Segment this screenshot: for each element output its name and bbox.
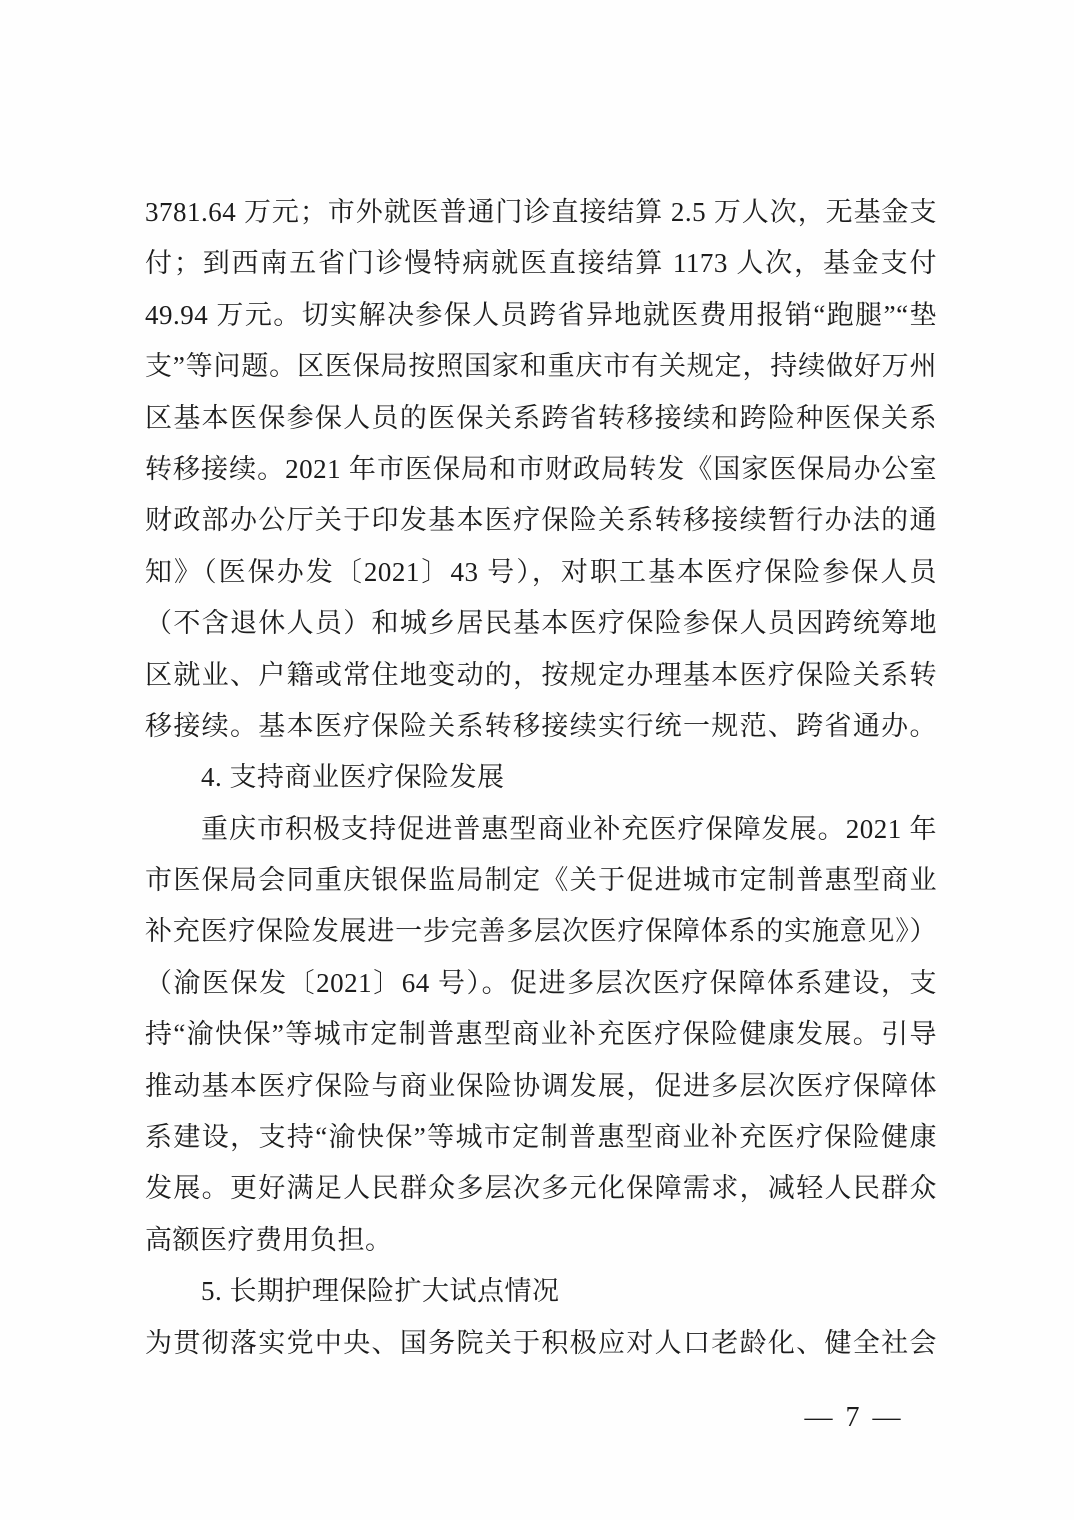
document-line: 市医保局会同重庆银保监局制定《关于促进城市定制普惠型商业	[145, 855, 937, 906]
document-line: （不含退休人员）和城乡居民基本医疗保险参保人员因跨统筹地	[145, 598, 937, 649]
page-number: — 7 —	[758, 1398, 950, 1438]
document-line: 支”等问题。区医保局按照国家和重庆市有关规定，持续做好万州	[145, 341, 937, 392]
document-line: 移接续。基本医疗保险关系转移接续实行统一规范、跨省通办。	[145, 701, 937, 752]
document-line: 区基本医保参保人员的医保关系跨省转移接续和跨险种医保关系	[145, 393, 937, 444]
document-line: 付；到西南五省门诊慢特病就医直接结算 1173 人次，基金支付	[145, 238, 937, 289]
document-line: 财政部办公厅关于印发基本医疗保险关系转移接续暂行办法的通	[145, 495, 937, 546]
document-line: 补充医疗保险发展进一步完善多层次医疗保障体系的实施意见》）	[145, 906, 937, 957]
document-line: 发展。更好满足人民群众多层次多元化保障需求，减轻人民群众	[145, 1163, 937, 1214]
document-line: 3781.64 万元；市外就医普通门诊直接结算 2.5 万人次，无基金支	[145, 187, 937, 238]
document-line: 49.94 万元。切实解决参保人员跨省异地就医费用报销“跑腿”“垫	[145, 290, 937, 341]
document-line: 重庆市积极支持促进普惠型商业补充医疗保障发展。2021 年	[145, 804, 937, 855]
document-line: （渝医保发〔2021〕64 号）。促进多层次医疗保障体系建设，支	[145, 958, 937, 1009]
document-line: 转移接续。2021 年市医保局和市财政局转发《国家医保局办公室	[145, 444, 937, 495]
document-line: 推动基本医疗保险与商业保险协调发展，促进多层次医疗保障体	[145, 1061, 937, 1112]
document-body: 3781.64 万元；市外就医普通门诊直接结算 2.5 万人次，无基金支付；到西…	[145, 187, 937, 1369]
document-line: 知》（医保办发〔2021〕43 号），对职工基本医疗保险参保人员	[145, 547, 937, 598]
document-line: 5. 长期护理保险扩大试点情况	[145, 1266, 937, 1317]
document-page: 3781.64 万元；市外就医普通门诊直接结算 2.5 万人次，无基金支付；到西…	[0, 0, 1074, 1520]
document-line: 为贯彻落实党中央、国务院关于积极应对人口老龄化、健全社会	[145, 1318, 937, 1369]
document-line: 持“渝快保”等城市定制普惠型商业补充医疗保险健康发展。引导	[145, 1009, 937, 1060]
document-line: 区就业、户籍或常住地变动的，按规定办理基本医疗保险关系转	[145, 650, 937, 701]
document-line: 4. 支持商业医疗保险发展	[145, 752, 937, 803]
document-line: 高额医疗费用负担。	[145, 1215, 937, 1266]
document-line: 系建设，支持“渝快保”等城市定制普惠型商业补充医疗保险健康	[145, 1112, 937, 1163]
